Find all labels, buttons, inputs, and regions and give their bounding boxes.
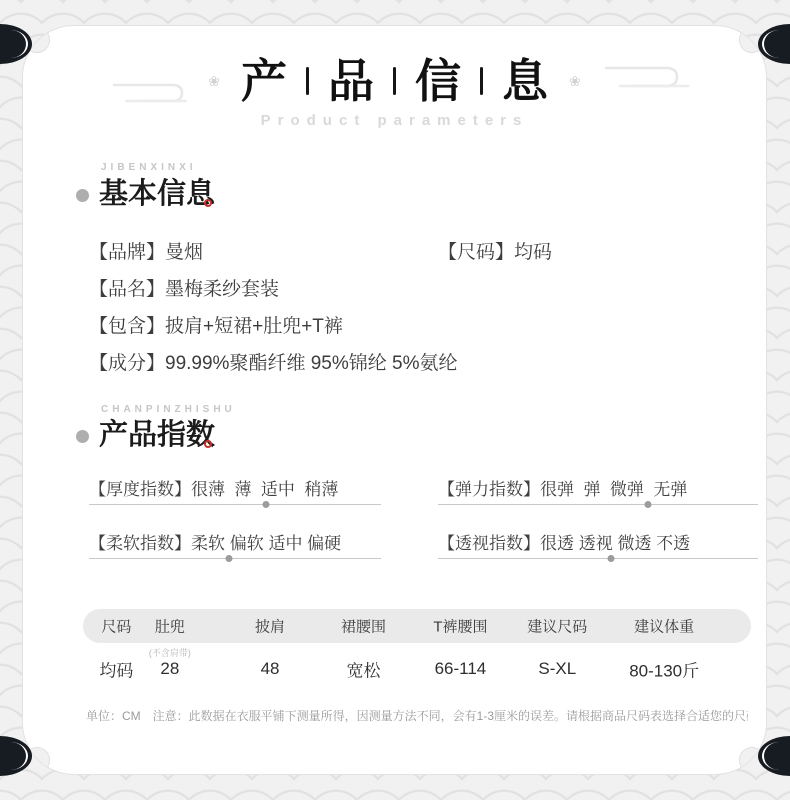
transparency-index: 【透视指数】很透 透视 微透 不透: [438, 529, 758, 559]
cell-skirt-waist: 宽松: [347, 657, 381, 682]
flower-icon: ❀: [569, 73, 581, 90]
brand-row: 【品牌】曼烟 【尺码】均码: [89, 237, 736, 264]
softness-options: 柔软 偏软 适中 偏硬: [191, 534, 341, 553]
title-char: 产: [241, 58, 287, 104]
red-circle-icon: [204, 199, 212, 207]
composition-label: 【成分】: [89, 353, 165, 374]
cell-suggested-size: S-XL: [538, 659, 576, 679]
includes-row: 【包含】披肩+短裙+肚兜+T裤: [89, 311, 736, 338]
title-char: 品: [328, 58, 374, 104]
includes-value: 披肩+短裙+肚兜+T裤: [165, 316, 343, 337]
basic-info-pinyin: JIBENXINXI: [101, 162, 197, 173]
col-header-size: 尺码: [101, 616, 131, 637]
thickness-options: 很薄 薄 适中 稍薄: [191, 480, 338, 499]
cell-suggested-weight: 80-130斤: [629, 657, 699, 682]
indices-section-title: 产品指数: [99, 419, 215, 451]
brand-label: 【品牌】: [89, 242, 165, 263]
index-scale-line: [438, 558, 758, 559]
index-scale-line: [438, 504, 758, 505]
col-header-suggested-size: 建议尺码: [527, 616, 587, 637]
col-header-suggested-weight: 建议体重: [634, 616, 694, 637]
softness-index: 【柔软指数】柔软 偏软 适中 偏硬: [89, 529, 381, 559]
elasticity-indicator-dot: [644, 501, 651, 508]
col-header-skirt-waist: 裙腰围: [341, 616, 386, 637]
cell-bellyband: 28: [160, 659, 179, 679]
size-label: 【尺码】: [438, 242, 514, 263]
section-bullet-icon: [76, 430, 89, 443]
product-name-row: 【品名】墨梅柔纱套装: [89, 274, 736, 301]
title-divider: [393, 67, 396, 95]
elasticity-options: 很弹 弹 微弹 无弹: [540, 480, 687, 499]
basic-info-section-title: 基本信息: [99, 178, 215, 210]
transparency-options: 很透 透视 微透 不透: [540, 534, 690, 553]
red-circle-icon: [204, 440, 212, 448]
measurement-disclaimer: 单位：CM 注意：此数据在衣服平铺下测量所得，因测量方法不同，会有1-3厘米的误…: [86, 707, 748, 724]
page-subtitle: Product parameters: [23, 112, 766, 129]
transparency-label: 【透视指数】: [438, 534, 540, 553]
product-parameters-poster: ❀ 产 品 信 息 ❀ Product parameters JIBENXINX…: [0, 0, 790, 800]
content-card: ❀ 产 品 信 息 ❀ Product parameters JIBENXINX…: [22, 25, 767, 775]
composition-row: 【成分】99.99%聚酯纤维 95%锦纶 5%氨纶: [89, 348, 736, 375]
elasticity-index: 【弹力指数】很弹 弹 微弹 无弹: [438, 475, 758, 505]
elasticity-label: 【弹力指数】: [438, 480, 540, 499]
thickness-label: 【厚度指数】: [89, 480, 191, 499]
index-scale-line: [89, 504, 381, 505]
col-header-bellyband: 肚兜: [155, 616, 185, 637]
size-value: 均码: [514, 242, 552, 263]
cell-size: 均码: [99, 657, 133, 682]
size-table-row: 均码 28 48 宽松 66-114 S-XL 80-130斤: [83, 643, 751, 689]
indices-pinyin: CHANPINZHISHU: [101, 404, 236, 415]
title-divider: [480, 67, 483, 95]
thickness-indicator-dot: [262, 501, 269, 508]
transparency-indicator-dot: [607, 555, 614, 562]
size-table: 尺码 肚兜 披肩 裙腰围 T裤腰围 建议尺码 建议体重 (不含肩带) 均码 28…: [83, 609, 751, 689]
col-header-tpants-waist: T裤腰围: [433, 616, 487, 637]
index-scale-line: [89, 558, 381, 559]
cell-shawl: 48: [261, 659, 280, 679]
flower-icon: ❀: [208, 73, 220, 90]
composition-value: 99.99%聚酯纤维 95%锦纶 5%氨纶: [165, 353, 458, 374]
title-char: 息: [502, 58, 548, 104]
thickness-index: 【厚度指数】很薄 薄 适中 稍薄: [89, 475, 381, 505]
page-title: ❀ 产 品 信 息 ❀: [23, 54, 766, 108]
title-divider: [306, 67, 309, 95]
includes-label: 【包含】: [89, 316, 165, 337]
size-table-header: 尺码 肚兜 披肩 裙腰围 T裤腰围 建议尺码 建议体重 (不含肩带): [83, 609, 751, 643]
product-name-label: 【品名】: [89, 279, 165, 300]
cell-tpants-waist: 66-114: [435, 659, 487, 679]
title-char: 信: [415, 58, 461, 104]
softness-indicator-dot: [226, 555, 233, 562]
section-bullet-icon: [76, 189, 89, 202]
size-pair: 【尺码】均码: [438, 237, 552, 264]
brand-value: 曼烟: [165, 242, 203, 263]
product-name-value: 墨梅柔纱套装: [165, 279, 279, 300]
col-header-shawl: 披肩: [255, 616, 285, 637]
softness-label: 【柔软指数】: [89, 534, 191, 553]
